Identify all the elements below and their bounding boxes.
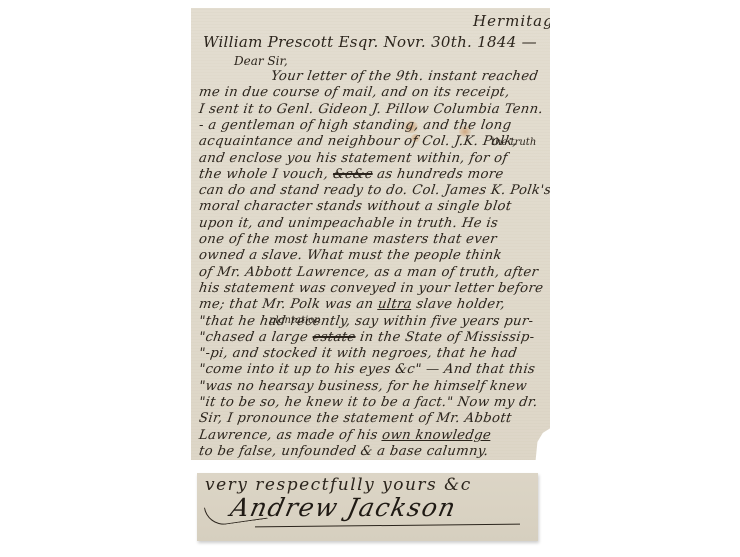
underlined-text: ultra xyxy=(377,297,413,312)
letter-body-line: "it to be so, he knew it to be a fact." … xyxy=(198,396,538,409)
letter-body-line: owned a slave. What must the people thin… xyxy=(198,249,503,262)
letter-place: Hermitage xyxy=(473,12,564,30)
letter-body-line: the whole I vouch, &c&c as hundreds more xyxy=(198,168,504,181)
letter-body-line: "that he had recently, say within five y… xyxy=(198,315,534,328)
letter-body-line: of Mr. Abbott Lawrence, as a man of trut… xyxy=(198,266,539,279)
underlined-text: own knowledge xyxy=(381,428,492,443)
letter-body-line: "-pi, and stocked it with negroes, that … xyxy=(198,347,518,360)
letter-body-line: to be false, unfounded & a base calumny. xyxy=(198,445,489,458)
letter-body-line: and enclose you his statement within, fo… xyxy=(198,152,508,165)
letter-sheet: Hermitage William Prescott Esqr. Novr. 3… xyxy=(191,8,550,460)
signature-underline xyxy=(255,524,520,528)
letter-body-line: moral character stands without a single … xyxy=(198,200,512,213)
letter-body-line: me; that Mr. Polk was an ultra slave hol… xyxy=(198,298,506,311)
struck-text: &c&c xyxy=(332,167,374,182)
letter-signature: Andrew Jackson xyxy=(228,493,459,522)
letter-closing: very respectfully yours &c xyxy=(205,475,472,495)
letter-body-line: I sent it to Genl. Gideon J. Pillow Colu… xyxy=(198,103,544,116)
signature-strip: very respectfully yours &c Andrew Jackso… xyxy=(197,473,538,541)
struck-text: estate xyxy=(311,330,356,345)
letter-body-line: can do and stand ready to do. Col. James… xyxy=(198,184,552,197)
letter-body-line: me in due course of mail, and on its rec… xyxy=(198,86,511,99)
letter-body-line: upon it, and unimpeachable in truth. He … xyxy=(198,217,499,230)
letter-body-line: "was no hearsay business, for he himself… xyxy=(198,380,528,393)
letter-body-line: Lawrence, as made of his own knowledge xyxy=(198,429,492,442)
letter-body-line: Your letter of the 9th. instant reached xyxy=(270,70,539,83)
letter-salutation: Dear Sir, xyxy=(234,54,288,68)
letter-body-line: "chased a large estate in the State of M… xyxy=(198,331,535,344)
letter-body-line: one of the most humane masters that ever xyxy=(198,233,498,246)
letter-body-line: - a gentleman of high standing, and the … xyxy=(198,119,512,132)
letter-body-line: his statement was conveyed in your lette… xyxy=(198,282,544,295)
letter-body-line: acquaintance and neighbour of Col. J.K. … xyxy=(198,135,518,148)
letter-addressee-date: William Prescott Esqr. Novr. 30th. 1844 … xyxy=(203,33,537,51)
letter-body-line: "come into it up to his eyes &c" — And t… xyxy=(198,363,536,376)
letter-body-line: Sir, I pronounce the statement of Mr. Ab… xyxy=(198,412,512,425)
